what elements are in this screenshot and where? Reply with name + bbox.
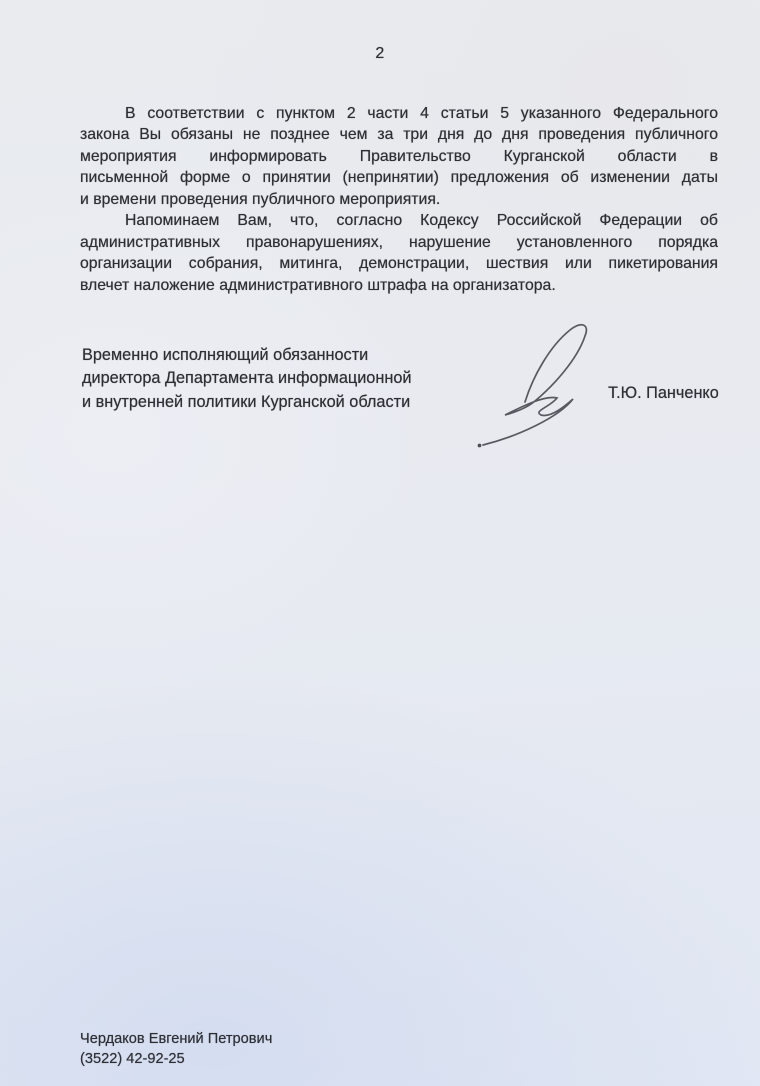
signatory-title-line-2: директора Департамента информационной bbox=[82, 367, 482, 390]
letter-body: В соответствии с пунктом 2 части 4 стать… bbox=[80, 103, 718, 296]
paragraph-1-line-2: закона Вы обязаны не позднее чем за три … bbox=[80, 124, 718, 145]
signatory-name: Т.Ю. Панченко bbox=[608, 384, 719, 403]
scanned-letter-page: 2 В соответствии с пунктом 2 части 4 ста… bbox=[0, 0, 760, 1086]
contact-phone: (3522) 42-92-25 bbox=[80, 1049, 272, 1069]
paragraph-2-line-3: организации собрания, митинга, демонстра… bbox=[80, 253, 718, 274]
signatory-title: Временно исполняющий обязанностидиректор… bbox=[82, 344, 482, 414]
signatory-title-line-1: Временно исполняющий обязанности bbox=[82, 344, 482, 367]
paragraph-1-line-3: мероприятия информировать Правительство … bbox=[80, 146, 718, 167]
paragraph-2-line-1: Напоминаем Вам, что, согласно Кодексу Ро… bbox=[80, 210, 718, 231]
paragraph-2-line-4: влечет наложение административного штраф… bbox=[80, 275, 718, 296]
contact-footer: Чердаков Евгений Петрович (3522) 42-92-2… bbox=[80, 1029, 272, 1069]
paragraph-1-line-4: письменной форме о принятии (непринятии)… bbox=[80, 167, 718, 188]
paragraph-1-line-1: В соответствии с пунктом 2 части 4 стать… bbox=[80, 103, 718, 124]
contact-name: Чердаков Евгений Петрович bbox=[80, 1029, 272, 1049]
paragraph-1-line-5: и времени проведения публичного мероприя… bbox=[80, 189, 718, 210]
page-number: 2 bbox=[0, 45, 760, 63]
signatory-title-line-3: и внутренней политики Курганской области bbox=[82, 391, 482, 414]
paragraph-2-line-2: административных правонарушениях, наруше… bbox=[80, 232, 718, 253]
